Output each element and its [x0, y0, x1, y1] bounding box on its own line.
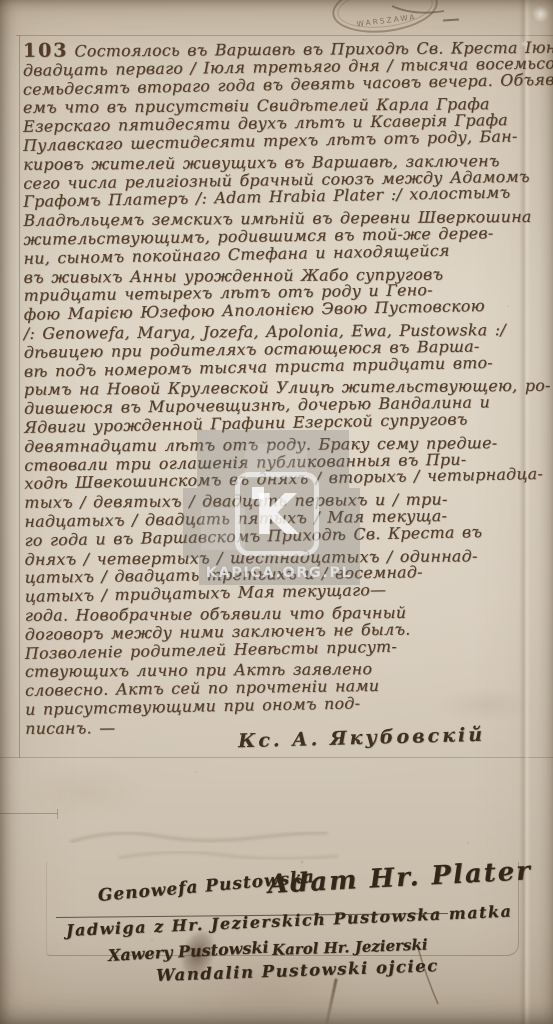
ruled-line-left — [19, 35, 20, 758]
stamp-text: WARSZAWA — [335, 10, 437, 31]
pen-dash-mark — [443, 18, 459, 21]
ink-smudge-tail — [325, 978, 337, 1024]
document-photo: WARSZAWA 103Состоялось въ Варшавѣ въ При… — [0, 0, 553, 1024]
ruled-line-stub — [0, 813, 58, 814]
record-number: 103 — [23, 39, 75, 61]
manuscript-text: 103Состоялось въ Варшавѣ въ Приходѣ Св. … — [23, 40, 531, 738]
archive-stamp: WARSZAWA — [329, 0, 440, 38]
ruled-line-bottom — [0, 757, 553, 758]
ruled-line-top — [16, 35, 553, 36]
